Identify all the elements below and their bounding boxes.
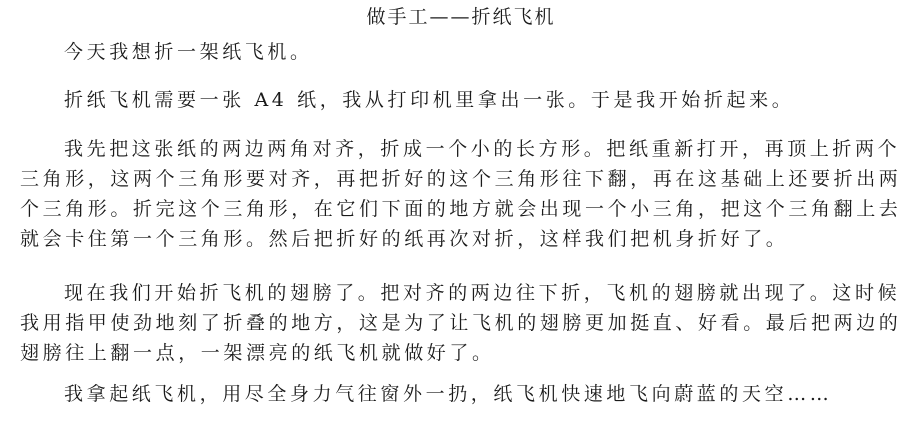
paragraph-line: 我用指甲使劲地刻了折叠的地方，这是为了让飞机的翅膀更加挺直、好看。最后把两边的 <box>20 308 910 338</box>
paragraph-line: 我先把这张纸的两边两角对齐，折成一个小的长方形。把纸重新打开，再顶上折两个 <box>20 134 910 164</box>
paragraph-1: 今天我想折一架纸飞机。 <box>20 37 910 67</box>
paragraph-line: 我拿起纸飞机，用尽全身力气往窗外一扔，纸飞机快速地飞向蔚蓝的天空…… <box>20 379 910 409</box>
paragraph-line: 三角形，这两个三角形要对齐，再把折好的这个三角形往下翻，再在这基础上还要折出两 <box>20 164 910 194</box>
paragraph-line: 现在我们开始折飞机的翅膀了。把对齐的两边往下折，飞机的翅膀就出现了。这时候 <box>20 278 910 308</box>
paragraph-line: 翅膀往上翻一点，一架漂亮的纸飞机就做好了。 <box>20 338 910 368</box>
paragraph-line: 今天我想折一架纸飞机。 <box>20 37 910 67</box>
paragraph-2: 折纸飞机需要一张 A4 纸，我从打印机里拿出一张。于是我开始折起来。 <box>20 85 910 115</box>
paragraph-5: 我拿起纸飞机，用尽全身力气往窗外一扔，纸飞机快速地飞向蔚蓝的天空…… <box>20 379 910 409</box>
document-title: 做手工——折纸飞机 <box>0 4 922 30</box>
paragraph-line: 就会卡住第一个三角形。然后把折好的纸再次对折，这样我们把机身折好了。 <box>20 224 910 254</box>
paragraph-4: 现在我们开始折飞机的翅膀了。把对齐的两边往下折，飞机的翅膀就出现了。这时候 我用… <box>20 278 910 368</box>
document-page: 做手工——折纸飞机 今天我想折一架纸飞机。 折纸飞机需要一张 A4 纸，我从打印… <box>0 0 922 421</box>
paragraph-line: 折纸飞机需要一张 A4 纸，我从打印机里拿出一张。于是我开始折起来。 <box>20 85 910 115</box>
paragraph-3: 我先把这张纸的两边两角对齐，折成一个小的长方形。把纸重新打开，再顶上折两个 三角… <box>20 134 910 254</box>
paragraph-line: 个三角形。折完这个三角形，在它们下面的地方就会出现一个小三角，把这个三角翻上去 <box>20 194 910 224</box>
